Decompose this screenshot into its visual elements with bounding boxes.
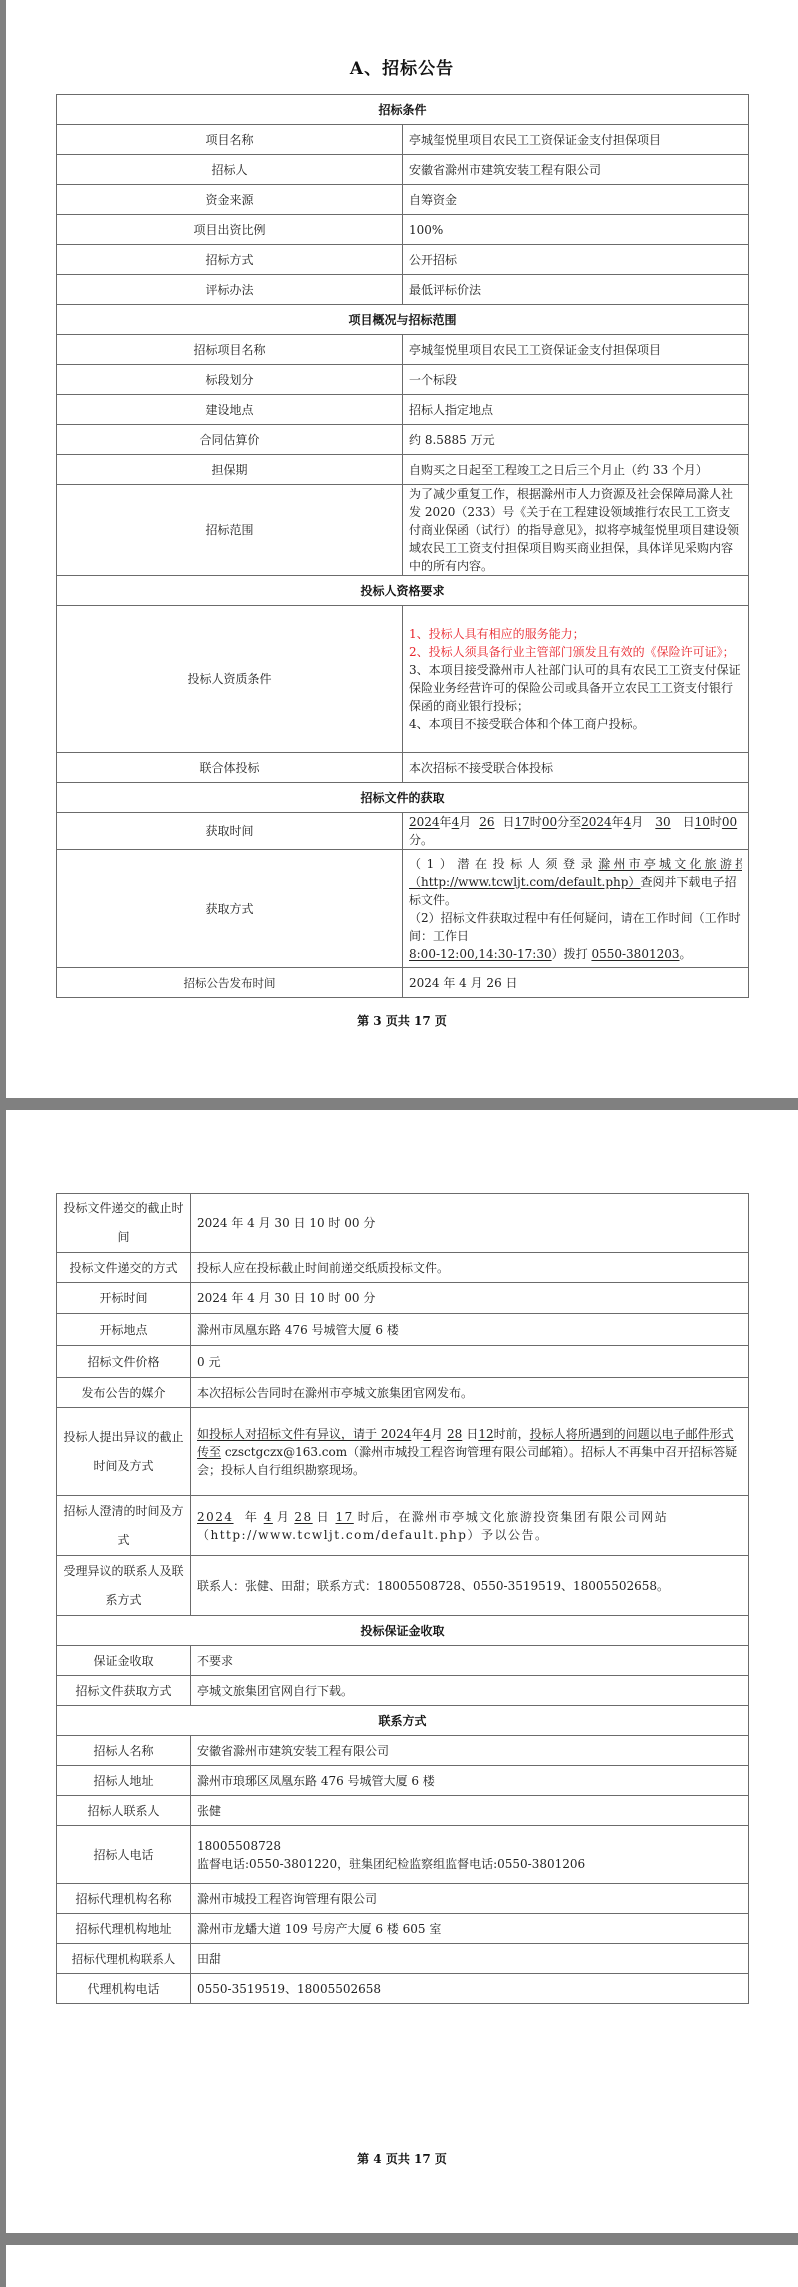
row-value: 张健 (191, 1796, 749, 1826)
row-label: 担保期 (57, 455, 403, 485)
row-label: 获取时间 (57, 813, 403, 850)
text: 时 (710, 815, 722, 829)
row-label: 开标地点 (57, 1314, 191, 1346)
row-value: 田甜 (191, 1944, 749, 1974)
row-label: 招标代理机构地址 (57, 1914, 191, 1944)
table-row: 招标人安徽省滁州市建筑安装工程有限公司 (57, 155, 749, 185)
year-field: 2024 (197, 1510, 240, 1524)
table-row: 评标办法最低评标价法 (57, 275, 749, 305)
text: （2）招标文件获取过程中有任何疑问，请在工作时间（工作时间：工作日 (409, 909, 742, 945)
row-value: 招标人指定地点 (403, 395, 749, 425)
row-label: 招标代理机构名称 (57, 1884, 191, 1914)
hour-field: 17 (515, 815, 530, 829)
row-label: 招标人澄清的时间及方式 (57, 1496, 191, 1556)
text: 分。 (409, 833, 433, 847)
working-hours: 8:00-12:00,14:30-17:30 (409, 947, 552, 961)
row-label: 保证金收取 (57, 1646, 191, 1676)
minute-field: 00 (542, 815, 557, 829)
hour-field: 12 (478, 1427, 493, 1441)
tender-scope-text: 为了减少重复工作，根据滁州市人力资源及社会保障局滁人社发 2020（233）号《… (403, 485, 749, 576)
text: 时 (530, 815, 542, 829)
row-label: 资金来源 (57, 185, 403, 215)
row-label: 投标文件递交的方式 (57, 1253, 191, 1283)
table-row: 招标人联系人张健 (57, 1796, 749, 1826)
row-value: 自筹资金 (403, 185, 749, 215)
year-field: 2024 (409, 815, 440, 829)
phone-number: 0550-3801203 (591, 947, 679, 961)
row-label: 招标人联系人 (57, 1796, 191, 1826)
row-value: 亭城文旅集团官网自行下载。 (191, 1676, 749, 1706)
table-row: 投标文件递交的截止时间2024 年 4 月 30 日 10 时 00 分 (57, 1194, 749, 1253)
page-number: 第 4 页共 17 页 (6, 2150, 798, 2167)
document-page-4: 投标文件递交的截止时间2024 年 4 月 30 日 10 时 00 分 投标文… (6, 1110, 798, 2233)
row-label: 招标人名称 (57, 1736, 191, 1766)
row-label: 项目名称 (57, 125, 403, 155)
text: 月 (459, 815, 471, 829)
row-value: 2024 年 4 月 30 日 10 时 00 分 (191, 1283, 749, 1314)
table-row: 标段划分一个标段 (57, 365, 749, 395)
text: 。 (680, 947, 692, 961)
table-row: 投标人提出异议的截止时间及方式 如投标人对招标文件有异议，请于 2024年4月2… (57, 1408, 749, 1496)
row-label: 招标文件价格 (57, 1346, 191, 1378)
table-row: 招标人地址滁州市琅琊区凤凰东路 476 号城管大厦 6 楼 (57, 1766, 749, 1796)
row-label: 开标时间 (57, 1283, 191, 1314)
row-value: 100% (403, 215, 749, 245)
objection-value: 如投标人对招标文件有异议，请于 2024年4月28日12时前，投标人将所遇到的问… (191, 1408, 749, 1496)
row-label: 发布公告的媒介 (57, 1378, 191, 1408)
row-label: 招标人地址 (57, 1766, 191, 1796)
table-row: 招标公告发布时间2024 年 4 月 26 日 (57, 968, 749, 998)
table-row: 获取时间 2024年4月26日17时00分至2024年4月30日10时00分。 (57, 813, 749, 850)
tender-table-page1: 招标条件 项目名称亭城玺悦里项目农民工工资保证金支付担保项目 招标人安徽省滁州市… (56, 94, 749, 998)
row-label: 联合体投标 (57, 753, 403, 783)
row-label: 获取方式 (57, 850, 403, 968)
table-row: 招标人电话 18005508728 监督电话:0550-3801220，驻集团纪… (57, 1826, 749, 1884)
obtain-method-value: （1）潜在投标人须登录滁州市亭城文化旅游投资集团网站 （http://www.t… (403, 850, 749, 968)
text: 月 (631, 815, 643, 829)
month-field: 4 (423, 1427, 431, 1441)
row-value: 滁州市琅琊区凤凰东路 476 号城管大厦 6 楼 (191, 1766, 749, 1796)
row-value: 约 8.5885 万元 (403, 425, 749, 455)
table-row: 招标文件获取方式亭城文旅集团官网自行下载。 (57, 1676, 749, 1706)
row-value: 最低评标价法 (403, 275, 749, 305)
year-field: 2024 (581, 815, 612, 829)
table-row: 建设地点招标人指定地点 (57, 395, 749, 425)
row-label: 招标公告发布时间 (57, 968, 403, 998)
row-value: 滁州市城投工程咨询管理有限公司 (191, 1884, 749, 1914)
tenderer-phone-value: 18005508728 监督电话:0550-3801220，驻集团纪检监察组监督… (191, 1826, 749, 1884)
day-field: 26 (471, 815, 502, 829)
website-link[interactable]: 滁州市亭城文化旅游投资集团网站 (598, 857, 742, 871)
table-row: 开标时间2024 年 4 月 30 日 10 时 00 分 (57, 1283, 749, 1314)
table-row: 项目名称亭城玺悦里项目农民工工资保证金支付担保项目 (57, 125, 749, 155)
text: （1）潜在投标人须登录 (409, 857, 598, 871)
row-value: 联系人：张健、田甜；联系方式：18005508728、0550-3519519、… (191, 1556, 749, 1616)
row-label: 投标人提出异议的截止时间及方式 (57, 1408, 191, 1496)
text: 月 (431, 1427, 443, 1441)
section-heading-overview: 项目概况与招标范围 (57, 305, 749, 335)
row-value: 滁州市凤凰东路 476 号城管大厦 6 楼 (191, 1314, 749, 1346)
day-field: 28 (443, 1427, 466, 1441)
table-row: 项目出资比例100% (57, 215, 749, 245)
objection-email-text: czsctgczx@163.com（滁州市城投工程咨询管理有限公司邮箱）。招标人… (197, 1445, 737, 1477)
row-value: 亭城玺悦里项目农民工工资保证金支付担保项目 (403, 125, 749, 155)
section-heading-obtain: 招标文件的获取 (57, 783, 749, 813)
hour-field: 10 (695, 815, 710, 829)
row-value: 0550-3519519、18005502658 (191, 1974, 749, 2004)
tender-table-page2: 投标文件递交的截止时间2024 年 4 月 30 日 10 时 00 分 投标文… (56, 1193, 749, 2004)
table-row: 获取方式 （1）潜在投标人须登录滁州市亭城文化旅游投资集团网站 （http://… (57, 850, 749, 968)
minute-field: 00 (722, 815, 737, 829)
qualification-item: 4、本项目不接受联合体和个体工商户投标。 (409, 715, 742, 733)
section-heading-conditions: 招标条件 (57, 95, 749, 125)
supervision-phone: 监督电话:0550-3801220，驻集团纪检监察组监督电话:0550-3801… (197, 1855, 742, 1873)
table-row: 招标人澄清的时间及方式 2024 年 4月28日 17时后，在滁州市亭城文化旅游… (57, 1496, 749, 1556)
obtain-time-value: 2024年4月26日17时00分至2024年4月30日10时00分。 (403, 813, 749, 850)
row-value: 投标人应在投标截止时间前递交纸质投标文件。 (191, 1253, 749, 1283)
table-row: 招标代理机构联系人田甜 (57, 1944, 749, 1974)
text: 日 (317, 1510, 331, 1524)
row-label: 投标文件递交的截止时间 (57, 1194, 191, 1253)
day-field: 28 (290, 1510, 316, 1524)
table-row: 担保期自购买之日起至工程竣工之日后三个月止（约 33 个月） (57, 455, 749, 485)
table-row: 发布公告的媒介本次招标公告同时在滁州市亭城文旅集团官网发布。 (57, 1378, 749, 1408)
qualification-item: 1、投标人具有相应的服务能力； (409, 625, 742, 643)
row-label: 投标人资质条件 (57, 606, 403, 753)
row-label: 合同估算价 (57, 425, 403, 455)
row-value: 本次招标不接受联合体投标 (403, 753, 749, 783)
row-value: 安徽省滁州市建筑安装工程有限公司 (403, 155, 749, 185)
text: 分至 (557, 815, 581, 829)
document-page-3: A、招标公告 招标条件 项目名称亭城玺悦里项目农民工工资保证金支付担保项目 招标… (6, 0, 798, 1098)
row-value: 不要求 (191, 1646, 749, 1676)
table-row: 开标地点滁州市凤凰东路 476 号城管大厦 6 楼 (57, 1314, 749, 1346)
qualification-item: 3、本项目接受滁州市人社部门认可的具有农民工工资支付保证保险业务经营许可的保险公… (409, 661, 742, 715)
row-value: 0 元 (191, 1346, 749, 1378)
table-row: 资金来源自筹资金 (57, 185, 749, 215)
row-label: 受理异议的联系人及联系方式 (57, 1556, 191, 1616)
text: 如投标人对招标文件有异议，请于 2024 (197, 1427, 411, 1441)
table-row: 招标文件价格0 元 (57, 1346, 749, 1378)
row-label: 招标人电话 (57, 1826, 191, 1884)
row-label: 招标方式 (57, 245, 403, 275)
qualification-item: 2、投标人须具备行业主管部门颁发且有效的《保险许可证》； (409, 643, 742, 661)
section-heading-deposit: 投标保证金收取 (57, 1616, 749, 1646)
table-row: 合同估算价约 8.5885 万元 (57, 425, 749, 455)
row-label: 招标范围 (57, 485, 403, 576)
table-row: 招标项目名称亭城玺悦里项目农民工工资保证金支付担保项目 (57, 335, 749, 365)
text: 月 (277, 1510, 291, 1524)
section-heading-contacts: 联系方式 (57, 1706, 749, 1736)
table-row: 招标方式公开招标 (57, 245, 749, 275)
row-label: 代理机构电话 (57, 1974, 191, 2004)
document-title: A、招标公告 (6, 54, 798, 79)
text: 日 (466, 1427, 478, 1441)
text: 年 (612, 815, 624, 829)
text: 年 (245, 1510, 259, 1524)
table-row: 联合体投标本次招标不接受联合体投标 (57, 753, 749, 783)
table-row: 招标代理机构地址滁州市龙蟠大道 109 号房产大厦 6 楼 605 室 (57, 1914, 749, 1944)
text: 日 (503, 815, 515, 829)
month-field: 4 (264, 1510, 277, 1524)
text: 年 (411, 1427, 423, 1441)
day-field: 30 (643, 815, 682, 829)
row-label: 项目出资比例 (57, 215, 403, 245)
row-value: 公开招标 (403, 245, 749, 275)
row-value: 2024 年 4 月 26 日 (403, 968, 749, 998)
qualification-list: 1、投标人具有相应的服务能力； 2、投标人须具备行业主管部门颁发且有效的《保险许… (403, 606, 749, 753)
text: 日 (683, 815, 695, 829)
row-label: 标段划分 (57, 365, 403, 395)
row-label: 评标办法 (57, 275, 403, 305)
page-number: 第 3 页共 17 页 (6, 1012, 798, 1029)
table-row: 保证金收取不要求 (57, 1646, 749, 1676)
table-row: 招标人名称安徽省滁州市建筑安装工程有限公司 (57, 1736, 749, 1766)
row-label: 建设地点 (57, 395, 403, 425)
row-value: 安徽省滁州市建筑安装工程有限公司 (191, 1736, 749, 1766)
text: ）拨打 (552, 947, 592, 961)
text: 时前， (494, 1427, 530, 1441)
table-row: 投标人资质条件 1、投标人具有相应的服务能力； 2、投标人须具备行业主管部门颁发… (57, 606, 749, 753)
clarify-value: 2024 年 4月28日 17时后，在滁州市亭城文化旅游投资集团有限公司网站（h… (191, 1496, 749, 1556)
row-value: 2024 年 4 月 30 日 10 时 00 分 (191, 1194, 749, 1253)
website-url-link[interactable]: （http://www.tcwljt.com/default.php） (409, 875, 640, 889)
row-label: 招标代理机构联系人 (57, 1944, 191, 1974)
row-value: 自购买之日起至工程竣工之日后三个月止（约 33 个月） (403, 455, 749, 485)
row-label: 招标项目名称 (57, 335, 403, 365)
row-value: 亭城玺悦里项目农民工工资保证金支付担保项目 (403, 335, 749, 365)
table-row: 代理机构电话0550-3519519、18005502658 (57, 1974, 749, 2004)
table-row: 受理异议的联系人及联系方式 联系人：张健、田甜；联系方式：18005508728… (57, 1556, 749, 1616)
document-page-5-partial (6, 2245, 798, 2287)
row-value: 本次招标公告同时在滁州市亭城文旅集团官网发布。 (191, 1378, 749, 1408)
table-row: 招标代理机构名称滁州市城投工程咨询管理有限公司 (57, 1884, 749, 1914)
table-row: 投标文件递交的方式投标人应在投标截止时间前递交纸质投标文件。 (57, 1253, 749, 1283)
row-label: 招标文件获取方式 (57, 1676, 191, 1706)
section-heading-qualification: 投标人资格要求 (57, 576, 749, 606)
table-row: 招标范围为了减少重复工作，根据滁州市人力资源及社会保障局滁人社发 2020（23… (57, 485, 749, 576)
hour-field: 17 (336, 1510, 358, 1524)
phone-number: 18005508728 (197, 1837, 742, 1855)
text: 年 (440, 815, 452, 829)
row-value: 一个标段 (403, 365, 749, 395)
row-value: 滁州市龙蟠大道 109 号房产大厦 6 楼 605 室 (191, 1914, 749, 1944)
row-label: 招标人 (57, 155, 403, 185)
